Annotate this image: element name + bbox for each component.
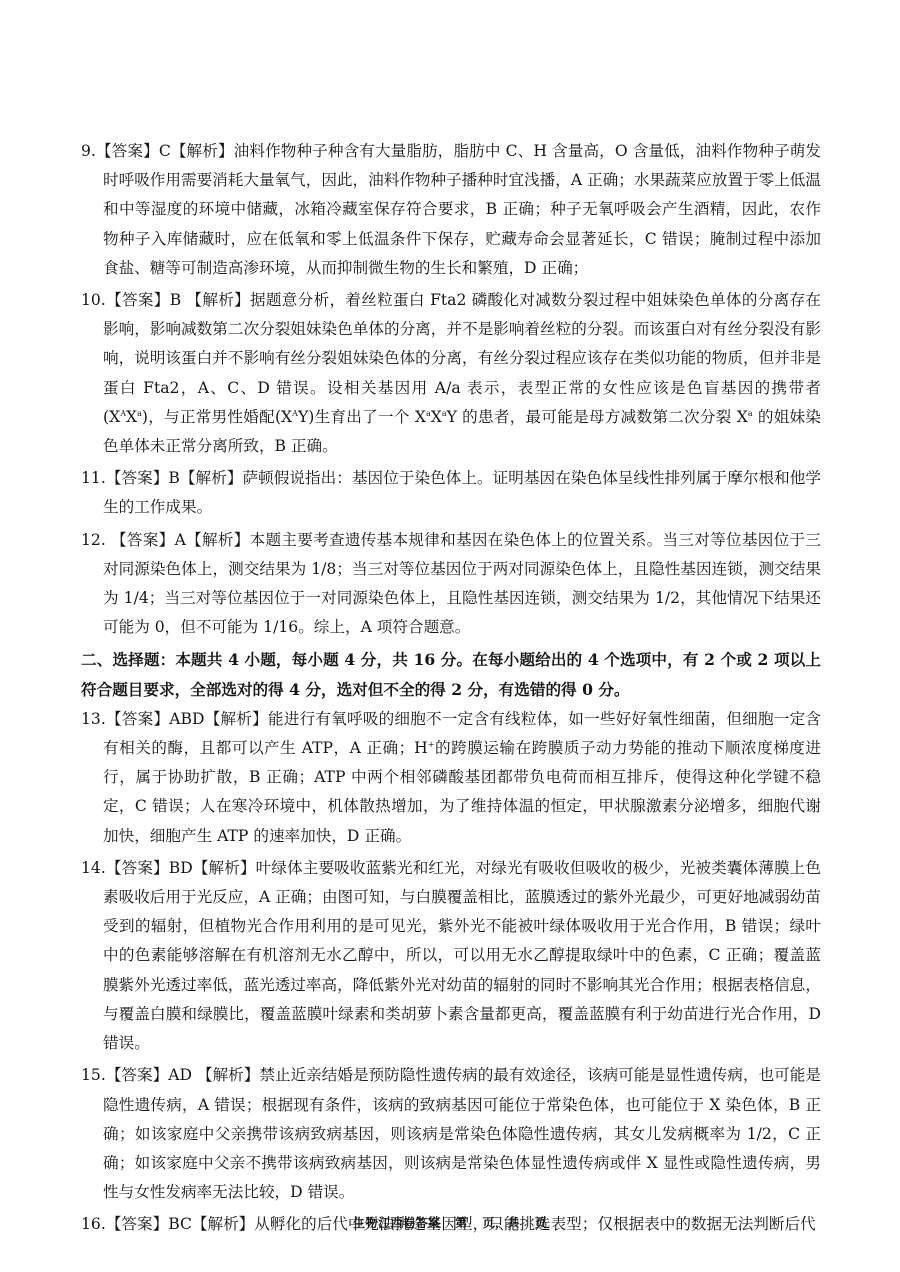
analysis-label: 【解析】 <box>180 469 243 487</box>
answer-label: 【答案】 <box>106 859 169 877</box>
answer-value: C <box>159 142 171 160</box>
section-heading: 二、选择题：本题共 4 小题，每小题 4 分，共 16 分。在每小题给出的 4 … <box>81 645 821 703</box>
footer-page-prefix: 第 <box>455 1216 468 1230</box>
answer-value: ABD <box>169 710 204 728</box>
answer-label: 【答案】 <box>106 710 169 728</box>
answer-value: AD <box>168 1066 197 1084</box>
analysis-text: Y)生育出了一个 X <box>298 408 426 426</box>
analysis-label: 【解析】 <box>171 142 234 160</box>
answer-item-11: 11.【答案】B【解析】萨顿假说指出：基因位于染色体上。证明基因在染色体呈线性排… <box>81 464 821 522</box>
footer-title: 生物江西卷答案 <box>353 1216 441 1230</box>
analysis-label: 【解析】 <box>193 859 256 877</box>
item-number: 15. <box>81 1066 106 1084</box>
answer-document: 9.【答案】C【解析】油料作物种子种含有大量脂肪，脂肪中 C、H 含量高，O 含… <box>81 137 821 1243</box>
analysis-text: 禁止近亲结婚是预防隐性遗传病的最有效途径，该病可能是显性遗传病，也可能是隐性遗传… <box>103 1066 821 1201</box>
answer-label: 【答案】 <box>111 531 175 549</box>
answer-item-9: 9.【答案】C【解析】油料作物种子种含有大量脂肪，脂肪中 C、H 含量高，O 含… <box>81 137 821 283</box>
answer-value: B <box>170 291 181 309</box>
answer-item-10: 10.【答案】B 【解析】据题意分析，着丝粒蛋白 Fta2 磷酸化对减数分裂过程… <box>81 286 821 461</box>
footer-page-mid: 页，共 <box>482 1216 520 1230</box>
answer-label: 【答案】 <box>106 291 170 309</box>
item-number: 9. <box>81 142 96 160</box>
answer-item-14: 14.【答案】BD【解析】叶绿体主要吸收蓝紫光和红光，对绿光有吸收但吸收的极少，… <box>81 854 821 1058</box>
analysis-label: 【解析】 <box>186 291 250 309</box>
answer-label: 【答案】 <box>106 469 169 487</box>
answer-item-12: 12. 【答案】A【解析】本题主要考查遗传基本规律和基因在染色体上的位置关系。当… <box>81 526 821 643</box>
analysis-text: X <box>126 408 137 426</box>
analysis-text: X <box>431 408 442 426</box>
answer-item-13: 13.【答案】ABD【解析】能进行有氧呼吸的细胞不一定含有线粒体，如一些好好氧性… <box>81 705 821 851</box>
analysis-text: 叶绿体主要吸收蓝紫光和红光，对绿光有吸收但吸收的极少，光被类囊体薄膜上色素吸收后… <box>103 859 821 1052</box>
footer-page-suffix: 页 <box>535 1216 548 1230</box>
analysis-text: 油料作物种子种含有大量脂肪，脂肪中 C、H 含量高，O 含量低，油料作物种子萌发… <box>103 142 821 277</box>
answer-item-15: 15.【答案】AD 【解析】禁止近亲结婚是预防隐性遗传病的最有效途径，该病可能是… <box>81 1061 821 1207</box>
item-number: 10. <box>81 291 106 309</box>
analysis-label: 【解析】 <box>186 531 250 549</box>
page-footer: 生物江西卷答案 第 页，共 页 <box>0 1214 900 1231</box>
answer-value: B <box>168 469 179 487</box>
answer-value: A <box>175 531 186 549</box>
item-number: 13. <box>81 710 106 728</box>
answer-label: 【答案】 <box>96 142 159 160</box>
analysis-label: 【解析】 <box>197 1066 259 1084</box>
item-number: 14. <box>81 859 106 877</box>
answer-label: 【答案】 <box>106 1066 168 1084</box>
analysis-text: Y 的患者，最可能是母方减数第二次分裂 X <box>447 408 748 426</box>
answer-value: BD <box>169 859 193 877</box>
analysis-text: 据题意分析，着丝粒蛋白 Fta2 磷酸化对减数分裂过程中姐妹染色单体的分离存在影… <box>103 291 821 426</box>
analysis-label: 【解析】 <box>205 710 268 728</box>
analysis-text: )，与正常男性婚配(X <box>142 408 292 426</box>
item-number: 11. <box>81 469 106 487</box>
item-number: 12. <box>81 531 111 549</box>
